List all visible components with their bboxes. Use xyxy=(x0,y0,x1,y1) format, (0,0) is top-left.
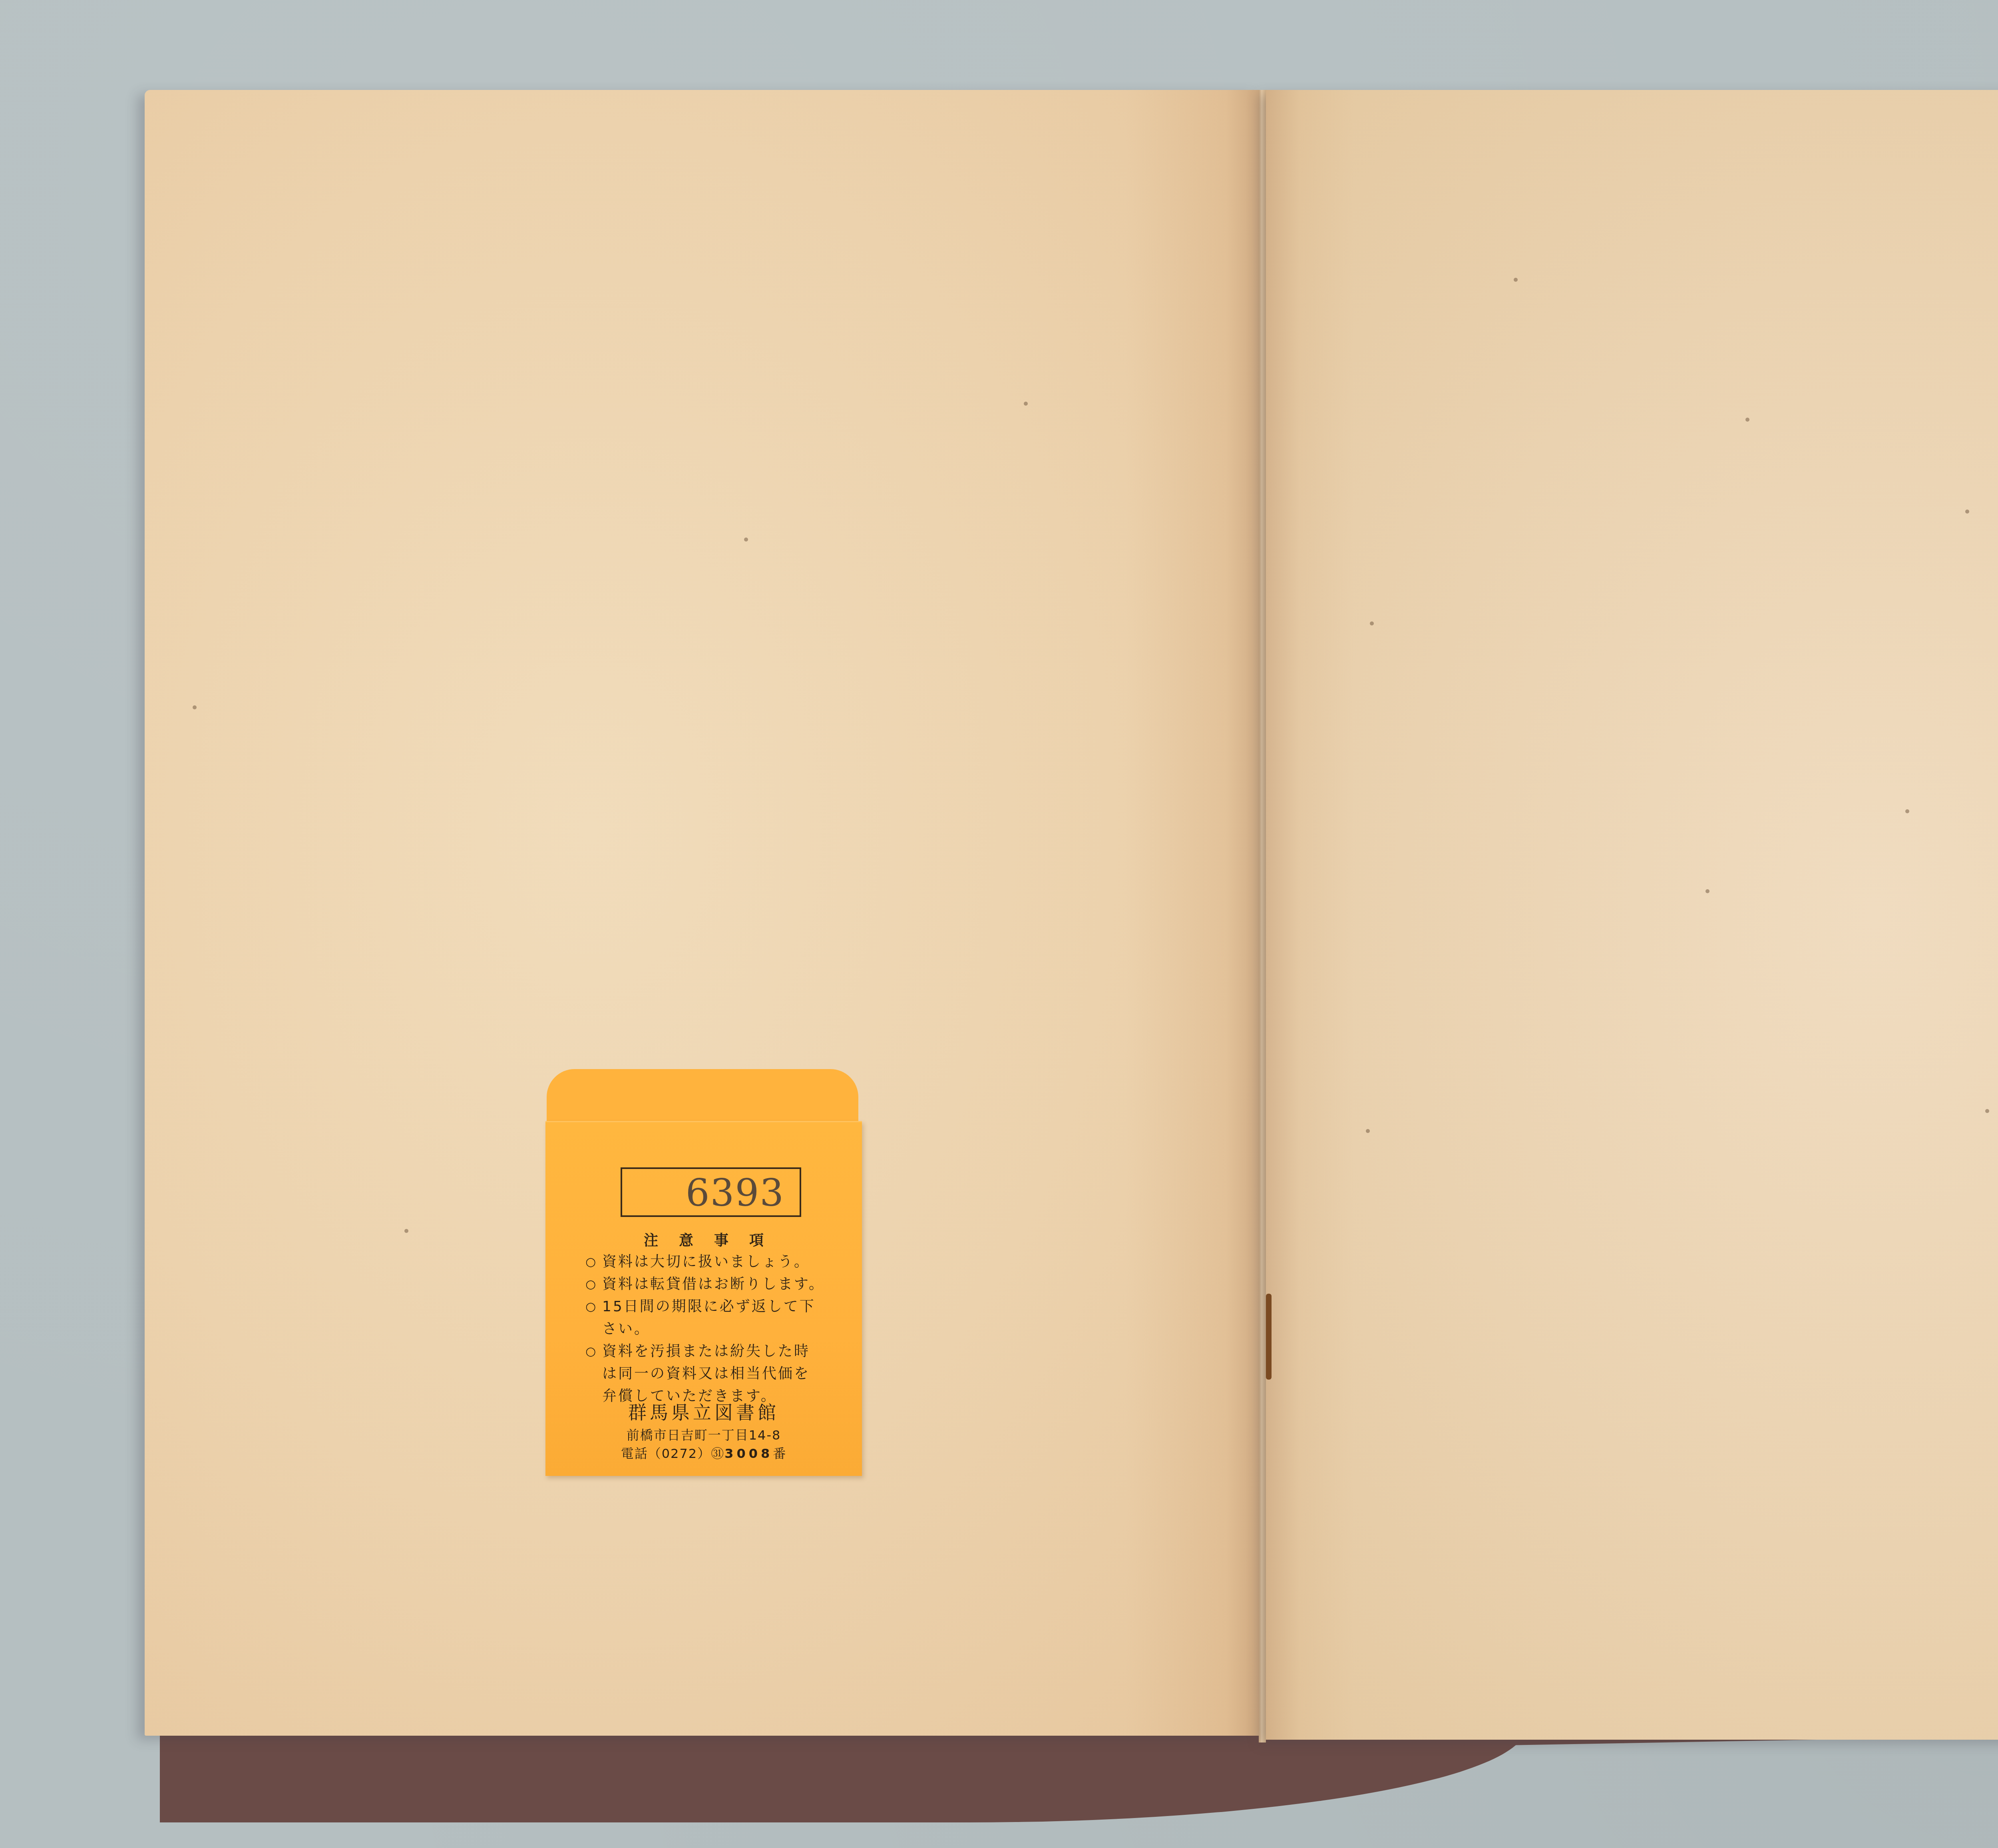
circle-bullet-icon: ○ xyxy=(585,1340,602,1363)
paper-fleck xyxy=(1024,402,1028,406)
paper-fleck xyxy=(744,538,748,542)
paper-fleck xyxy=(1366,1129,1370,1133)
paper-fleck xyxy=(1985,1109,1989,1113)
notice-line: ○ 資料は大切に扱いましょう。 xyxy=(585,1251,841,1273)
library-address: 前橋市日吉町一丁目14-8 xyxy=(545,1425,862,1444)
paper-fleck xyxy=(404,1229,408,1233)
notice-line: ○ 15日間の期限に必ず返して下 xyxy=(585,1296,841,1318)
paper-fleck xyxy=(1705,889,1709,893)
circle-bullet-icon: ○ xyxy=(585,1251,602,1273)
paper-fleck xyxy=(1370,621,1374,625)
book-spine-gutter xyxy=(1259,90,1266,1742)
paper-fleck xyxy=(1514,278,1518,282)
paper-fleck xyxy=(1905,809,1909,813)
left-endpaper-page xyxy=(145,90,1260,1736)
notice-list: ○ 資料は大切に扱いましょう。 ○ 資料は転貸借はお断りします。 ○ 15日間の… xyxy=(585,1251,841,1408)
notice-line: ○ 資料を汚損または紛失した時 xyxy=(585,1340,841,1363)
circle-bullet-icon: ○ xyxy=(585,1296,602,1318)
right-endpaper-page xyxy=(1266,90,1998,1740)
library-name: 群馬県立図書館 xyxy=(545,1398,862,1424)
circle-bullet-icon: ○ xyxy=(585,1273,602,1296)
paper-fleck xyxy=(193,705,197,709)
paper-fleck xyxy=(1965,510,1969,514)
call-number: 6393 xyxy=(686,1171,784,1215)
phone-prefix: 電話（0272）㉛ xyxy=(621,1446,724,1461)
notice-heading: 注意事項 xyxy=(545,1229,862,1250)
spine-stain xyxy=(1266,1294,1272,1380)
notice-line: は同一の資料又は相当代価を xyxy=(585,1363,841,1385)
library-card-pocket[interactable]: 6393 注意事項 ○ 資料は大切に扱いましょう。 ○ 資料は転貸借はお断りしま… xyxy=(545,1121,862,1476)
call-number-box: 6393 xyxy=(621,1167,801,1217)
phone-suffix: 番 xyxy=(773,1446,786,1461)
paper-fleck xyxy=(1745,418,1749,422)
library-phone: 電話（0272）㉛3008番 xyxy=(545,1444,862,1462)
notice-line: ○ 資料は転貸借はお断りします。 xyxy=(585,1273,841,1296)
notice-line: さい。 xyxy=(585,1318,841,1340)
phone-number: 3008 xyxy=(724,1446,773,1461)
